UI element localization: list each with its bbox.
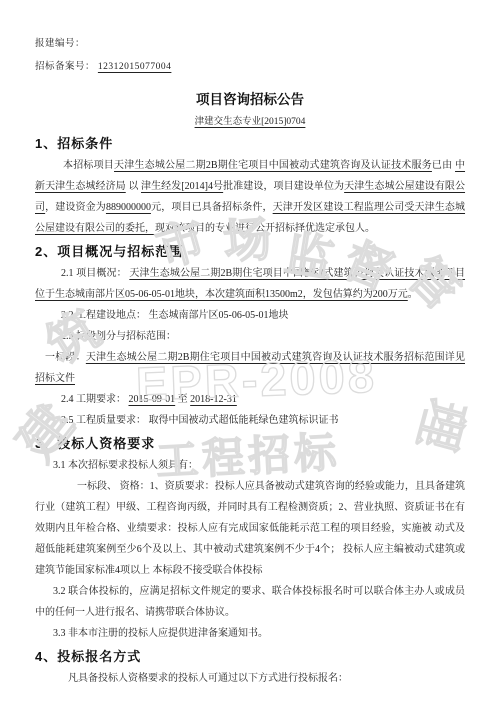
text-run: 。	[408, 289, 418, 300]
record-no-row: 招标备案号： 12312015077004	[35, 56, 465, 78]
section-heading-1: 1、招标条件	[35, 134, 465, 154]
item-3-3: 3.3 非本市注册的投标人应提供进津备案通知书。	[35, 623, 465, 644]
underlined-lot-scope: 天津生态城公屋二期2B期住宅项目中国被动式建筑咨询及认证技术服务招标范围详见招标…	[35, 352, 465, 384]
item-2-4: 2.4 工期要求： 2015-09-01 至 2018-12-31	[35, 389, 465, 410]
report-no-row: 报建编号：	[35, 33, 465, 55]
item-3-1-lot-qualification: 一标段、 资格：1、资质要求：投标人应具备被动式建筑咨询的经验或能力，且具备建筑…	[35, 476, 465, 581]
item-2-3: 2.3 标段划分与招标范围：	[35, 326, 465, 347]
item-2-2: 2.2 工程建设地点： 生态城南部片区05-06-05-01地块	[35, 305, 465, 326]
underlined-fund-amount: 889000000	[106, 202, 151, 213]
text-run: 元，项目已具备招标条件，	[151, 202, 273, 213]
lot-label: 一标段：	[45, 352, 86, 363]
underlined-approval-no: 津生经发[2014]4号	[141, 181, 223, 192]
item-3-1: 3.1 本次招标要求投标人须具有：	[35, 455, 465, 476]
section-heading-2: 2、项目概况与招标范围	[35, 242, 465, 262]
text-run: 至	[175, 394, 190, 405]
report-no-label: 报建编号：	[35, 39, 85, 49]
underlined-project-name: 天津生态城公屋二期2B期住宅项目中国被动式建筑咨询及认证技术服务	[114, 160, 432, 171]
item-2-1: 2.1 项目概况： 天津生态城公屋二期2B期住宅项目中国被动式建筑咨询及认证技术…	[35, 263, 465, 305]
page-title: 项目咨询招标公告	[35, 90, 465, 110]
quality-requirement: 取得中国被动式超低能耗绿色建筑标识证书	[149, 415, 339, 426]
text-run: 批准建设，项目建设单位为	[223, 181, 344, 192]
section-heading-4: 4、投标报名方式	[35, 647, 465, 667]
record-no-label: 招标备案号：	[35, 62, 95, 72]
text-run: 本招标项目	[63, 160, 114, 171]
text-run: 以	[126, 181, 141, 192]
item-label: 2.4 工期要求：	[61, 394, 129, 405]
underlined-end-date: 2018-12-31	[190, 394, 237, 405]
section-4-paragraph: 凡具备投标人资格要求的投标人可通过以下方式进行投标报名：	[35, 668, 465, 689]
item-label: 2.5 工程质量要求：	[61, 415, 149, 426]
text-run: 已由	[432, 160, 455, 171]
item-2-5: 2.5 工程质量要求： 取得中国被动式超低能耗绿色建筑标识证书	[35, 410, 465, 431]
item-3-2: 3.2 联合体投标的，应满足招标文件规定的要求、联合体投标报名时可以联合体主办人…	[35, 581, 465, 623]
document-page: 报建编号： 招标备案号： 12312015077004 项目咨询招标公告 津建交…	[0, 0, 499, 706]
text-run: 现对该项目的专业进行公开招标择优选定承包人。	[155, 223, 375, 234]
item-label: 2.1 项目概况：	[61, 268, 129, 279]
section-1-paragraph: 本招标项目天津生态城公屋二期2B期住宅项目中国被动式建筑咨询及认证技术服务已由 …	[35, 155, 465, 239]
item-2-3-lot: 一标段：天津生态城公屋二期2B期住宅项目中国被动式建筑咨询及认证技术服务招标范围…	[35, 347, 465, 389]
underlined-start-date: 2015-09-01	[129, 394, 176, 405]
record-no-value: 12312015077004	[98, 62, 172, 72]
section-heading-3: 3、投标人资格要求	[35, 434, 465, 454]
document-number-value: 津建交生态专业[2015]0704	[195, 117, 306, 127]
text-run: ，建设资金为	[45, 202, 106, 213]
document-number: 津建交生态专业[2015]0704	[35, 113, 465, 131]
